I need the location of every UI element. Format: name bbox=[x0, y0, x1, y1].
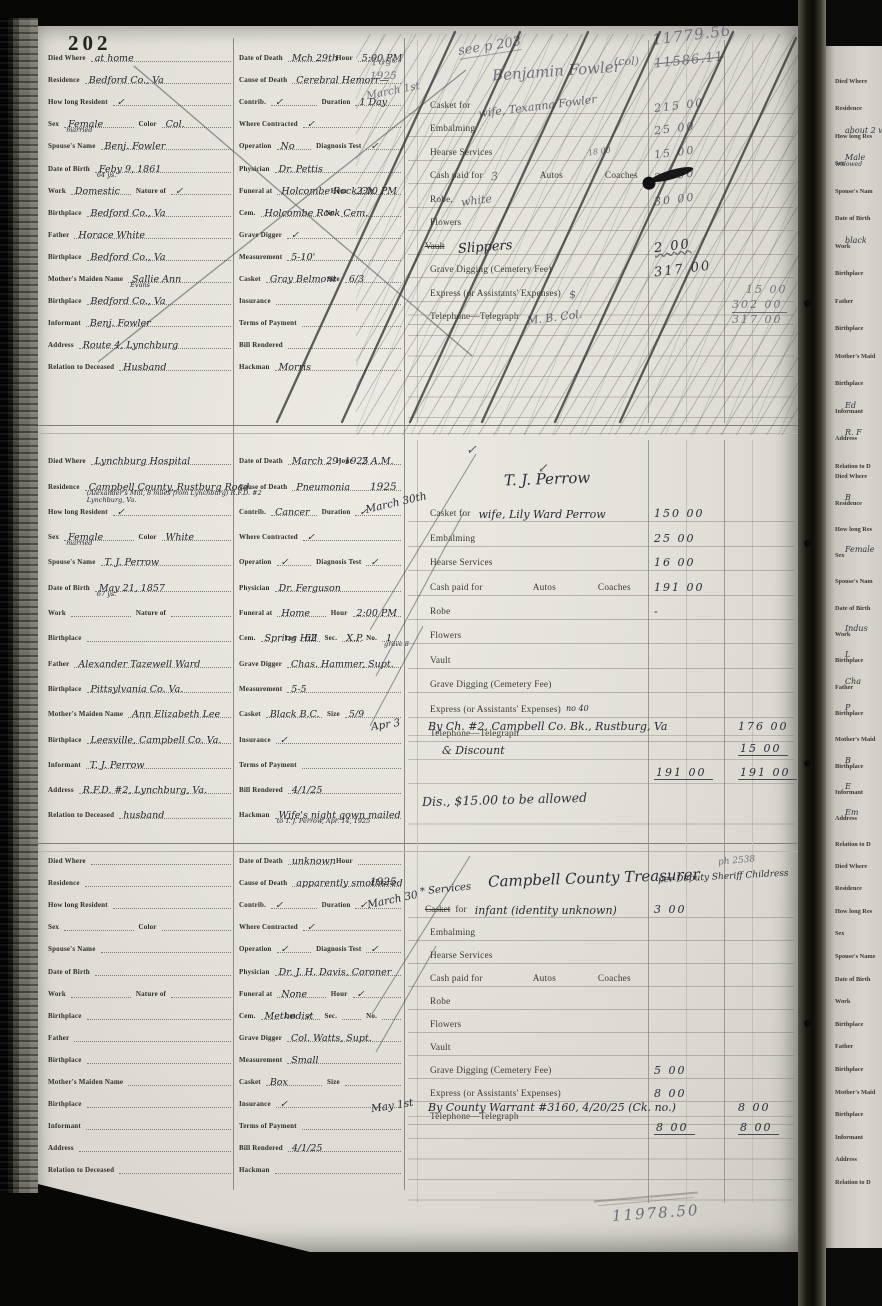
binding-dot bbox=[804, 760, 811, 767]
field-label: Sex bbox=[48, 533, 59, 541]
ledger-row: Cash paid forAutosCoaches191 00 bbox=[408, 571, 794, 595]
field-row: Insurance bbox=[239, 283, 401, 305]
side-field-row: Birthplace bbox=[835, 1006, 881, 1029]
field-rule: Dr. Pettis bbox=[275, 163, 401, 173]
side-field-label: Informant bbox=[835, 1134, 863, 1141]
field-row: Cem.Holcombe Rock Cem. No. bbox=[239, 195, 401, 217]
field-label: Informant bbox=[48, 761, 81, 769]
field-rule: 2:00 PM bbox=[353, 185, 401, 195]
field-label: Sec. bbox=[325, 634, 338, 642]
side-field-label: Sex bbox=[835, 930, 844, 937]
field-label: Contrib. bbox=[239, 508, 266, 516]
field-label: Funeral at bbox=[239, 990, 272, 998]
side-field-row: Birthplace bbox=[835, 306, 881, 334]
field-rule bbox=[128, 1076, 231, 1086]
field-rule: Sallie AnnEvans bbox=[128, 273, 231, 283]
side-field-label: Relation to D bbox=[835, 1179, 871, 1186]
side-field-value: black bbox=[845, 237, 867, 245]
field-label: Spouse's Name bbox=[48, 558, 96, 566]
ledger-item-label: for bbox=[455, 905, 466, 915]
field-row: PhysicianDr. Pettis bbox=[239, 150, 401, 172]
ledger-item-label: Flowers bbox=[430, 218, 461, 228]
side-field-row: Spouse's Nam bbox=[835, 560, 881, 586]
next-page-partial: Died Where Residence How long Resabout 2… bbox=[826, 0, 882, 1306]
field-rule bbox=[275, 1164, 401, 1174]
side-field-label: Died Where bbox=[835, 473, 867, 480]
field-row: Grave DiggerCol. Watts, Supt. bbox=[239, 1020, 401, 1042]
field-rule: Home bbox=[277, 607, 325, 617]
payment-check-no: no 40 bbox=[566, 705, 589, 713]
ledger-item-label2: Autos bbox=[533, 583, 556, 593]
deceased-name: Benjamin Fowler bbox=[492, 60, 622, 84]
field-label: Terms of Payment bbox=[239, 1122, 297, 1130]
field-rule: May 21, 185767 ys. bbox=[95, 582, 231, 592]
field-row: Cem.Spring Hill Lot62 Sec.X.P. No.1grave… bbox=[239, 617, 401, 642]
field-rule: ✓ bbox=[301, 1010, 320, 1020]
field-label: Birthplace bbox=[48, 1056, 82, 1064]
field-rule: Horace White bbox=[74, 229, 231, 239]
field-label: Insurance bbox=[239, 297, 271, 305]
field-row: Measurement5-5 bbox=[239, 668, 401, 693]
field-row: HackmanWife's night gown mailedto T. J. … bbox=[239, 794, 401, 819]
field-row: Funeral atNone Hour✓ bbox=[239, 976, 401, 998]
field-rule: X.P. bbox=[342, 632, 361, 642]
ledger-item-label: Robe, bbox=[430, 195, 453, 205]
side-field-row: Birthplace bbox=[835, 251, 881, 279]
amount-col1: 2 00 bbox=[653, 238, 691, 253]
field-row: SexFemalemarried ColorCol. bbox=[48, 106, 231, 128]
record-fields-left: Died Where Residence How long Resident S… bbox=[48, 843, 231, 1174]
field-rule: 2:00 PM bbox=[353, 607, 401, 617]
field-rule bbox=[74, 1032, 231, 1042]
ledger-row: Robe,white30 00 bbox=[408, 184, 794, 208]
field-label: Hour bbox=[331, 990, 348, 998]
side-field-label: Father bbox=[835, 298, 853, 305]
field-rule bbox=[87, 1010, 232, 1020]
side-field-row: Date of Birth bbox=[835, 961, 881, 984]
ledger-item-label: Hearse Services bbox=[430, 951, 493, 961]
field-label: Duration bbox=[322, 508, 351, 516]
field-rule: R.F.D. #2, Lynchburg, Va. bbox=[79, 784, 231, 794]
field-label: Casket bbox=[239, 710, 261, 718]
field-label: Hour bbox=[336, 857, 353, 865]
total-col2: 8 00 bbox=[738, 1122, 779, 1135]
field-rule bbox=[71, 988, 131, 998]
payment-amount: 176 00 bbox=[738, 721, 789, 732]
field-rule bbox=[302, 317, 401, 327]
total-col1: 191 00 bbox=[654, 767, 713, 780]
ledger-payments: May 1st By County Warrant #3160, 4/20/25… bbox=[408, 1095, 794, 1139]
field-rule: 6/3 bbox=[345, 273, 401, 283]
field-rule: Dr. J. H. Davis, Coroner bbox=[275, 966, 401, 976]
field-rule: 4/1/25 bbox=[288, 784, 401, 794]
side-field-value: B bbox=[845, 757, 851, 765]
binding-dot bbox=[804, 540, 811, 547]
ledger-item-note: infant (identity unknown) bbox=[475, 905, 617, 916]
field-label: Address bbox=[48, 1144, 74, 1152]
field-row: Birthplace bbox=[48, 1086, 231, 1108]
field-row: BirthplaceBedford Co., Va bbox=[48, 283, 231, 305]
ledger-row: Flowers bbox=[408, 620, 794, 644]
field-row: Grave DiggerChas. Hammer, Supt. bbox=[239, 642, 401, 667]
field-rule bbox=[341, 207, 401, 217]
ledger-item-label: Hearse Services bbox=[430, 558, 493, 568]
side-field-value: Indus bbox=[845, 625, 868, 633]
field-row: Residence bbox=[48, 865, 231, 887]
field-label: No. bbox=[366, 634, 377, 642]
total-col2: 191 00 bbox=[738, 767, 797, 780]
field-label: Diagnosis Test bbox=[316, 558, 361, 566]
side-field-row: BirthplaceP bbox=[835, 692, 881, 718]
field-label: Physician bbox=[239, 584, 270, 592]
field-label: Cem. bbox=[239, 1012, 256, 1020]
side-field-label: Date of Birth bbox=[835, 976, 870, 983]
side-field-value: E bbox=[845, 783, 851, 791]
field-row: Address bbox=[48, 1130, 231, 1152]
field-rule: Methodist bbox=[261, 1010, 280, 1020]
field-label: Hackman bbox=[239, 811, 270, 819]
field-rule bbox=[302, 1120, 401, 1130]
side-field-row: InformantE bbox=[835, 771, 881, 797]
field-row: Relation to Deceasedhusband bbox=[48, 794, 231, 819]
field-rule: Benj. Fowler bbox=[86, 317, 231, 327]
field-label: How long Resident bbox=[48, 901, 108, 909]
ledger-item-label3: Coaches bbox=[598, 583, 631, 593]
field-row: Birthplace bbox=[48, 1042, 231, 1064]
field-label: Contrib. bbox=[239, 98, 266, 106]
field-label: Hackman bbox=[239, 1166, 270, 1174]
field-label: Size bbox=[327, 1078, 340, 1086]
field-label: Where Contracted bbox=[239, 533, 298, 541]
field-rule: T. J. Perrow bbox=[86, 759, 231, 769]
field-row: Informant bbox=[48, 1108, 231, 1130]
ledger-item-label: Cash paid for bbox=[430, 171, 483, 181]
field-rule: None bbox=[277, 988, 325, 998]
record-fowler: Died Whereat home ResidenceBedford Co., … bbox=[38, 40, 798, 423]
colored-notation: (col) bbox=[614, 56, 639, 67]
ledger-item-label3: Coaches bbox=[605, 171, 638, 181]
field-row: Terms of Payment bbox=[239, 305, 401, 327]
ledger-item-label: Grave Digging (Cemetery Fee) bbox=[430, 1066, 552, 1076]
margin-year: 1925 bbox=[370, 877, 397, 888]
field-rule: Femalemarried bbox=[64, 531, 133, 541]
field-label: Address bbox=[48, 786, 74, 794]
field-row: Mother's Maiden NameSallie AnnEvans bbox=[48, 261, 231, 283]
ledger-row: Embalming25 00 bbox=[408, 114, 794, 138]
side-field-row: Died Where bbox=[835, 58, 881, 86]
field-rule bbox=[113, 899, 231, 909]
ledger-item-label: Casket for bbox=[430, 101, 470, 111]
field-label: Hackman bbox=[239, 363, 270, 371]
field-rule: Col. Watts, Supt. bbox=[287, 1032, 401, 1042]
field-rule bbox=[276, 295, 401, 305]
side-field-value: Em bbox=[845, 809, 858, 817]
field-row: How long Resident✓ bbox=[48, 84, 231, 106]
record-fields-left: Died WhereLynchburg Hospital ResidenceCa… bbox=[48, 440, 231, 819]
field-rule bbox=[86, 1120, 231, 1130]
field-rule bbox=[358, 855, 401, 865]
field-row: CasketBox Size bbox=[239, 1064, 401, 1086]
side-field-label: Birthplace bbox=[835, 380, 863, 387]
record-perrow: Died WhereLynchburg Hospital ResidenceCa… bbox=[38, 440, 798, 843]
field-row: Spouse's Name bbox=[48, 931, 231, 953]
ledger-item-label: Cash paid for bbox=[430, 974, 483, 984]
field-rule: at home bbox=[91, 52, 231, 62]
field-rule: Pittsylvania Co. Va. bbox=[87, 683, 232, 693]
side-field-row: How long Res bbox=[835, 893, 881, 916]
field-rule: Route 4, Lynchburg bbox=[79, 339, 231, 349]
ruled-lines bbox=[408, 1139, 794, 1203]
field-rule: ✓ bbox=[303, 531, 401, 541]
side-field-row: Relation to D bbox=[835, 1164, 881, 1187]
side-field-label: Sex bbox=[835, 552, 844, 559]
ledger-row: Vault bbox=[408, 1033, 794, 1056]
field-row: ResidenceBedford Co., Va bbox=[48, 62, 231, 84]
field-rule: ✓ bbox=[287, 229, 401, 239]
field-row: ResidenceCampbell County, Rustburg Road(… bbox=[48, 465, 231, 490]
side-field-label: Residence bbox=[835, 885, 862, 892]
field-row: Died WhereLynchburg Hospital bbox=[48, 440, 231, 465]
account-name: T. J. Perrow bbox=[504, 470, 591, 488]
field-rule bbox=[342, 1010, 361, 1020]
field-label: How long Resident bbox=[48, 98, 108, 106]
field-label: Spouse's Name bbox=[48, 142, 96, 150]
field-label: Cause of Death bbox=[239, 483, 287, 491]
amount-col1: 15 00 bbox=[653, 144, 696, 160]
ledger-item-label: Grave Digging (Cemetery Fee) bbox=[430, 265, 552, 275]
field-label: Father bbox=[48, 231, 69, 239]
field-row: SexFemalemarried ColorWhite bbox=[48, 516, 231, 541]
ledger-row: Vault bbox=[408, 644, 794, 668]
field-row: CasketBlack B.C. Size5/9 bbox=[239, 693, 401, 718]
ledger-items: * ServicesCasketforinfant (identity unkn… bbox=[408, 895, 794, 1125]
side-field-row: SexMalewidowed bbox=[835, 141, 881, 169]
side-field-row: Father bbox=[835, 1029, 881, 1052]
field-label: How long Resident bbox=[48, 508, 108, 516]
total-col1: 8 00 bbox=[654, 1122, 695, 1135]
ledger-row: Grave Digging (Cemetery Fee)317 00 bbox=[408, 255, 794, 279]
field-row: Date of Birth bbox=[48, 953, 231, 975]
field-label: Spouse's Name bbox=[48, 945, 96, 953]
field-row: Hackman bbox=[239, 1152, 401, 1174]
field-row: Mother's Maiden NameAnn Elizabeth Lee bbox=[48, 693, 231, 718]
field-label: Where Contracted bbox=[239, 923, 298, 931]
field-row: Funeral atHome Hour2:00 PM bbox=[239, 592, 401, 617]
ledger-item-label: Embalming bbox=[430, 928, 475, 938]
field-row: Operation✓ Diagnosis Test✓ bbox=[239, 931, 401, 953]
field-label: Birthplace bbox=[48, 685, 82, 693]
side-field-value: R. F bbox=[845, 429, 862, 437]
ledger-row: Hearse Services16 00 bbox=[408, 547, 794, 571]
field-rule bbox=[119, 1164, 231, 1174]
field-label: Funeral at bbox=[239, 187, 272, 195]
side-field-row: Sex bbox=[835, 916, 881, 939]
field-row: HackmanMorris bbox=[239, 349, 401, 371]
binding-dot bbox=[804, 1020, 811, 1027]
billing-ledger: 1925 March 30 Campbell County Treasurer … bbox=[408, 843, 794, 1203]
field-rule: husband bbox=[119, 809, 231, 819]
discount-amount: 15 00 bbox=[738, 743, 788, 756]
field-rule: Holcombe Rock Cem. bbox=[261, 207, 321, 217]
field-rule: ✓ bbox=[303, 921, 401, 931]
field-label: Date of Death bbox=[239, 857, 283, 865]
ledger-row: Flowers bbox=[408, 208, 794, 232]
field-label: Sex bbox=[48, 120, 59, 128]
field-rule: Bedford Co., Va bbox=[85, 74, 231, 84]
field-rule: ✓ bbox=[171, 185, 231, 195]
side-field-label: Residence bbox=[835, 105, 862, 112]
amount-col1: 150 00 bbox=[654, 508, 705, 519]
side-field-label: Mother's Maid bbox=[835, 736, 875, 743]
field-label: Birthplace bbox=[48, 634, 82, 642]
field-label: Casket bbox=[239, 1078, 261, 1086]
field-label: Died Where bbox=[48, 457, 86, 465]
field-rule: T. J. Perrow bbox=[101, 556, 231, 566]
payment-amount: 8 00 bbox=[738, 1102, 771, 1113]
field-label: Physician bbox=[239, 165, 270, 173]
field-label: Father bbox=[48, 660, 69, 668]
field-rule: Benj. Fowler bbox=[101, 140, 231, 150]
field-row: Father bbox=[48, 1020, 231, 1042]
field-label: Terms of Payment bbox=[239, 761, 297, 769]
side-field-label: Spouse's Name bbox=[835, 953, 875, 960]
field-rule: Col. bbox=[162, 118, 231, 128]
field-row: Spouse's NameBenj. Fowler bbox=[48, 128, 231, 150]
ledger-row: Grave Digging (Cemetery Fee) bbox=[408, 669, 794, 693]
field-label: Residence bbox=[48, 879, 80, 887]
ledger-items: Casket forwife, Lily Ward Perrow150 00 E… bbox=[408, 498, 794, 742]
field-label: Size bbox=[327, 710, 340, 718]
ledger-items: Casket forwife, Texanna Fowler215 00 Emb… bbox=[408, 90, 794, 325]
field-rule bbox=[87, 1098, 232, 1108]
side-field-row: Date of Birth bbox=[835, 586, 881, 612]
field-rule: 1grave 8 bbox=[382, 632, 401, 642]
ledger-item-label: Robe bbox=[430, 997, 450, 1007]
side-field-row: Spouse's Name bbox=[835, 938, 881, 961]
field-label: Duration bbox=[322, 98, 351, 106]
ledger-item-label: Flowers bbox=[430, 631, 461, 641]
field-rule: Wife's night gown mailedto T. J. Perrow,… bbox=[275, 809, 401, 819]
next-page-record-2: Died Where ResidenceB How long Res SexFe… bbox=[835, 455, 881, 849]
billing-ledger: ✓ ↙ 1925 March 30th T. J. Perrow Casket … bbox=[408, 440, 794, 843]
field-rule: Small bbox=[287, 1054, 401, 1064]
field-row: OperationNo Diagnosis Test✓ bbox=[239, 128, 401, 150]
field-label: Diagnosis Test bbox=[316, 142, 361, 150]
field-rule: ✓ bbox=[353, 988, 401, 998]
side-field-label: Birthplace bbox=[835, 1021, 863, 1028]
field-rule bbox=[87, 632, 232, 642]
ledger-item-label2: Autos bbox=[533, 974, 556, 984]
field-row: InformantBenj. Fowler bbox=[48, 305, 231, 327]
binding-dot bbox=[804, 300, 811, 307]
field-row: Spouse's NameT. J. Perrow bbox=[48, 541, 231, 566]
field-rule: Alexander Tazewell Ward bbox=[74, 658, 231, 668]
side-field-label: Birthplace bbox=[835, 270, 863, 277]
amount-col1: 30 00 bbox=[653, 191, 696, 207]
side-field-row: Informant bbox=[835, 1119, 881, 1142]
side-field-label: Date of Birth bbox=[835, 605, 870, 612]
ruled-lines bbox=[408, 295, 794, 423]
field-rule: Leesville, Campbell Co. Va. bbox=[87, 734, 232, 744]
side-field-row: Mother's Maid bbox=[835, 1074, 881, 1097]
side-field-row: Birthplace bbox=[835, 361, 881, 389]
field-label: Nature of bbox=[136, 990, 166, 998]
side-field-value: P bbox=[845, 704, 850, 712]
side-field-value: Female bbox=[845, 546, 875, 554]
field-rule bbox=[302, 759, 401, 769]
field-label: Hour bbox=[331, 609, 348, 617]
field-rule: unknown bbox=[288, 855, 331, 865]
ledger-item-label: Flowers bbox=[430, 1020, 461, 1030]
field-row: Date of DeathMarch 29, 1925 Hour2 A.M. bbox=[239, 440, 401, 465]
field-label: Cem. bbox=[239, 634, 256, 642]
field-row: Work Nature of bbox=[48, 976, 231, 998]
ruled-lines bbox=[408, 804, 794, 843]
field-label: Where Contracted bbox=[239, 120, 298, 128]
field-rule: Dr. Ferguson bbox=[275, 582, 401, 592]
field-label: Work bbox=[48, 990, 66, 998]
side-field-label: Died Where bbox=[835, 78, 867, 85]
field-row: BirthplacePittsylvania Co. Va. bbox=[48, 668, 231, 693]
field-label: No. bbox=[366, 1012, 377, 1020]
field-rule: 62 bbox=[301, 632, 320, 642]
side-field-row: InformantEd bbox=[835, 388, 881, 416]
field-rule bbox=[382, 1010, 401, 1020]
side-field-label: Died Where bbox=[835, 863, 867, 870]
field-row: Grave Digger✓ bbox=[239, 217, 401, 239]
field-row: Relation to Deceased bbox=[48, 1152, 231, 1174]
side-field-row: Residence bbox=[835, 86, 881, 114]
side-field-row: Birthplace bbox=[835, 1097, 881, 1120]
amount-col1: - bbox=[654, 606, 660, 617]
field-label: Grave Digger bbox=[239, 660, 282, 668]
ledger-page: 202 Died Whereat home ResidenceBedford C… bbox=[38, 26, 798, 1252]
field-row: FatherHorace White bbox=[48, 217, 231, 239]
side-field-row: Birthplace bbox=[835, 1051, 881, 1074]
side-field-row: Mother's Maid bbox=[835, 333, 881, 361]
field-rule: Cancer bbox=[271, 506, 317, 516]
field-value: husband bbox=[123, 811, 164, 821]
field-row: Operation✓ Diagnosis Test✓ bbox=[239, 541, 401, 566]
side-field-row: AddressEm bbox=[835, 797, 881, 823]
field-label: Funeral at bbox=[239, 609, 272, 617]
field-label: Date of Death bbox=[239, 54, 283, 62]
field-label: Mother's Maiden Name bbox=[48, 275, 123, 283]
field-row: CasketGray Belmont Size6/3 bbox=[239, 261, 401, 283]
side-field-value: Ed bbox=[845, 402, 856, 410]
side-field-row: BirthplaceL bbox=[835, 639, 881, 665]
side-field-label: Spouse's Nam bbox=[835, 578, 873, 585]
amount-col1: 3 00 bbox=[654, 904, 687, 915]
field-label: Operation bbox=[239, 558, 272, 566]
field-row: Date of BirthMay 21, 185767 ys. bbox=[48, 566, 231, 591]
field-row: Died Where bbox=[48, 843, 231, 865]
field-label: Address bbox=[48, 341, 74, 349]
field-rule bbox=[171, 607, 231, 617]
side-field-row: Died Where bbox=[835, 455, 881, 481]
ledger-row: Embalming25 00 bbox=[408, 522, 794, 546]
ledger-row: Cash paid forAutosCoaches bbox=[408, 964, 794, 987]
payment-text: By Ch. #2, Campbell Co. Bk., Rustburg, V… bbox=[428, 721, 667, 732]
field-rule: Box bbox=[266, 1076, 322, 1086]
payment-row: Apr 3 no 40 By Ch. #2, Campbell Co. Bk.,… bbox=[408, 712, 794, 736]
see-page-note: see p 203 bbox=[457, 35, 522, 60]
side-field-label: Work bbox=[835, 998, 850, 1005]
field-rule bbox=[79, 1142, 231, 1152]
field-label: Cause of Death bbox=[239, 76, 287, 84]
field-label: Birthplace bbox=[48, 253, 82, 261]
field-label: Diagnosis Test bbox=[316, 945, 361, 953]
